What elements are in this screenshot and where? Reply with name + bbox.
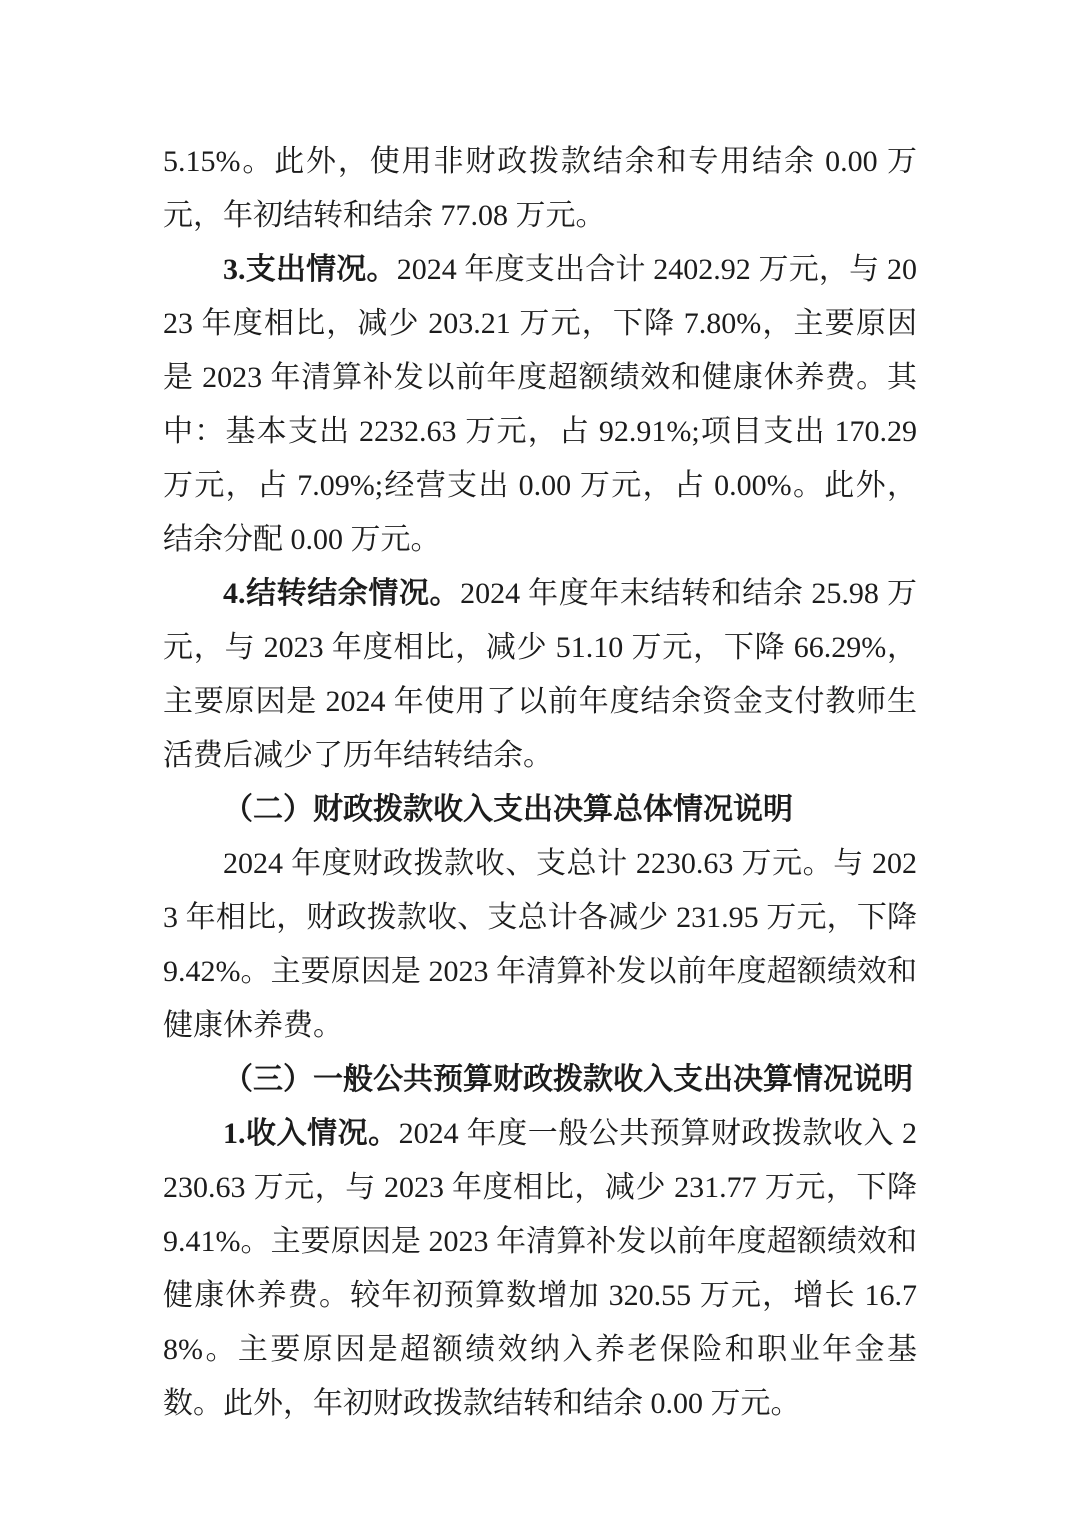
paragraph-text: 2024 年度一般公共预算财政拨款收入 2230.63 万元，与 2023 年度… [163,1117,917,1420]
paragraph-text: 2024 年度财政拨款收、支总计 2230.63 万元。与 2023 年相比，财… [163,847,917,1042]
document-page: 5.15%。此外，使用非财政拨款结余和专用结余 0.00 万元，年初结转和结余 … [0,0,1075,1520]
paragraph-fiscal-total: 2024 年度财政拨款收、支总计 2230.63 万元。与 2023 年相比，财… [163,837,917,1053]
paragraph-expenditure: 3.支出情况。2024 年度支出合计 2402.92 万元，与 2023 年度相… [163,243,917,567]
paragraph-carryover-balance: 4.结转结余情况。2024 年度年末结转和结余 25.98 万元，与 2023 … [163,567,917,783]
paragraph-text: 2024 年度支出合计 2402.92 万元，与 2023 年度相比，减少 20… [163,253,917,556]
section-heading-general-public-budget: （三）一般公共预算财政拨款收入支出决算情况说明 [163,1053,917,1107]
paragraph-text: 5.15%。此外，使用非财政拨款结余和专用结余 0.00 万元，年初结转和结余 … [163,145,917,232]
paragraph-continuation: 5.15%。此外，使用非财政拨款结余和专用结余 0.00 万元，年初结转和结余 … [163,135,917,243]
paragraph-lead: 1.收入情况。 [223,1117,399,1150]
paragraph-lead: 3.支出情况。 [223,253,397,286]
paragraph-income: 1.收入情况。2024 年度一般公共预算财政拨款收入 2230.63 万元，与 … [163,1107,917,1431]
section-heading-fiscal-appropriation: （二）财政拨款收入支出决算总体情况说明 [163,783,917,837]
paragraph-lead: 4.结转结余情况。 [223,577,460,610]
